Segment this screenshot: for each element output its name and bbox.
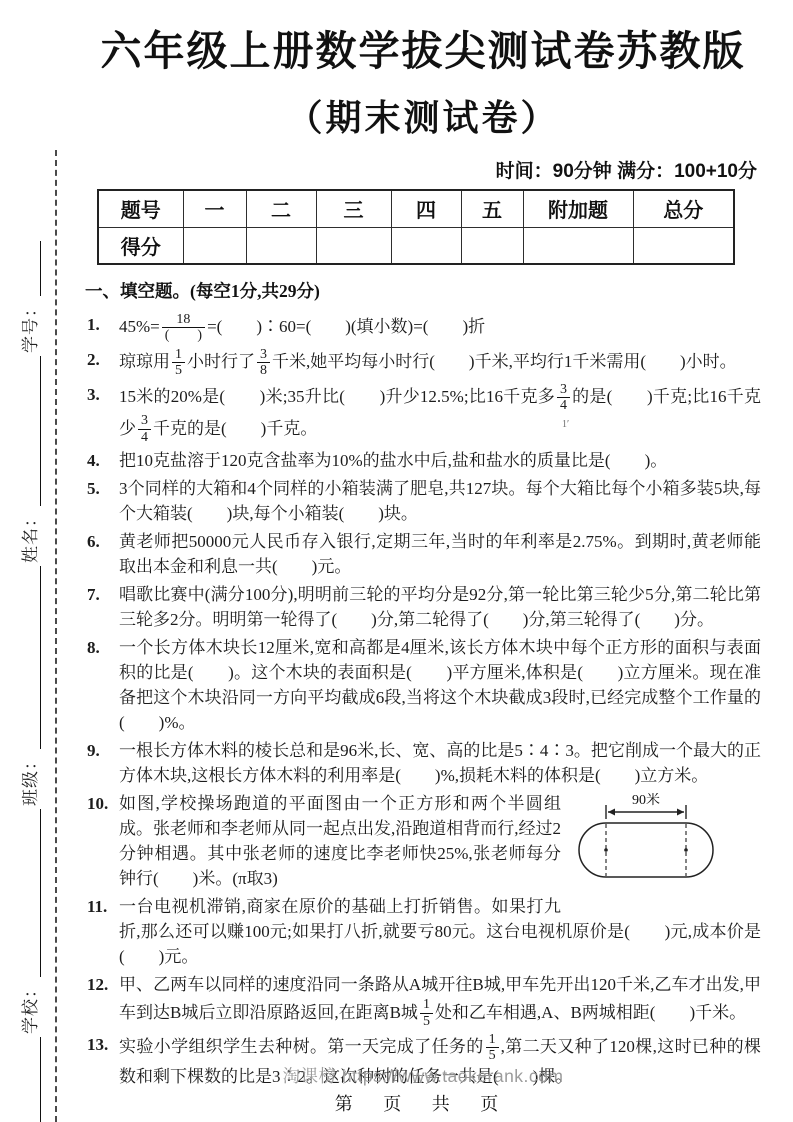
question-number: 2. bbox=[87, 347, 117, 372]
question-number: 3. bbox=[87, 382, 117, 407]
question-text: 15米的20%是( )米;35升比( )升少12.5%;比16千克多34的是( … bbox=[119, 387, 761, 438]
fill-blank bbox=[17, 356, 41, 506]
question-text: 甲、乙两车以同样的速度沿同一条路从A城开往B城,甲车先开出120千米,乙车才出发… bbox=[119, 975, 761, 1021]
question-number: 10. bbox=[87, 791, 117, 816]
question-11: 11. 一台电视机滞销,商家在原价的基础上打折销售。如果打九折,那么还可以赚10… bbox=[85, 894, 761, 969]
score-table-cell: 题号 bbox=[98, 190, 183, 227]
paper-subtitle: （期末测试卷） bbox=[85, 90, 761, 141]
paper-main: 六年级上册数学拔尖测试卷苏教版 （期末测试卷） 时间：90分钟 满分：100+1… bbox=[85, 18, 761, 1092]
question-2: 2. 琼琼用15小时行了38千米,她平均每小时行( )千米,平均行1千米需用( … bbox=[85, 347, 761, 379]
fraction: 34 bbox=[557, 382, 570, 414]
question-text: 一台电视机滞销,商家在原价的基础上打折销售。如果打九折,那么还可以赚100元;如… bbox=[119, 897, 761, 966]
fill-blank bbox=[17, 241, 41, 296]
question-3: 3. 15米的20%是( )米;35升比( )升少12.5%;比16千克多34的… bbox=[85, 382, 761, 446]
question-5: 5. 3个同样的大箱和4个同样的小箱装满了肥皂,共127块。每个大箱比每个小箱多… bbox=[85, 476, 761, 526]
test-paper-page: { "colors": { "paper": "#ffffff", "ink":… bbox=[0, 0, 793, 1122]
sidebar-label-class: 班级： bbox=[16, 752, 41, 806]
score-table-cell: 四 bbox=[391, 190, 461, 227]
stray-mark: 1′ bbox=[562, 419, 569, 430]
score-cell-empty bbox=[461, 227, 523, 264]
question-text: 一个长方体木块长12厘米,宽和高都是4厘米,该长方体木块中每个正方形的面积与表面… bbox=[119, 638, 761, 732]
fill-blank bbox=[17, 566, 41, 749]
page-number-line: 第 页 共 页 bbox=[85, 1090, 761, 1116]
sidebar-label-name: 姓名： bbox=[16, 509, 41, 563]
score-table: 题号 一 二 三 四 五 附加题 总分 得分 bbox=[97, 189, 735, 265]
score-table-cell: 一 bbox=[183, 190, 246, 227]
score-cell-empty bbox=[391, 227, 461, 264]
question-number: 7. bbox=[87, 582, 117, 607]
question-9: 9. 一根长方体木料的棱长总和是96米,长、宽、高的比是5∶4∶3。把它削成一个… bbox=[85, 738, 761, 788]
question-number: 9. bbox=[87, 738, 117, 763]
score-table-header-row: 题号 一 二 三 四 五 附加题 总分 bbox=[98, 190, 734, 227]
score-cell-empty bbox=[183, 227, 246, 264]
question-1: 1. 45%=18( )=( )∶60=( )(填小数)=( )折 bbox=[85, 312, 761, 344]
fraction: 15 bbox=[172, 347, 185, 379]
page-footer: 淘课榜 https://www.taokerank.com 第 页 共 页 bbox=[85, 1063, 761, 1116]
question-text: 3个同样的大箱和4个同样的小箱装满了肥皂,共127块。每个大箱比每个小箱多装5块… bbox=[119, 479, 761, 523]
score-table-cell: 附加题 bbox=[523, 190, 633, 227]
fraction: 15 bbox=[486, 1032, 499, 1064]
question-7: 7. 唱歌比赛中(满分100分),明明前三轮的平均分是92分,第一轮比第三轮少5… bbox=[85, 582, 761, 632]
question-number: 4. bbox=[87, 448, 117, 473]
question-8: 8. 一个长方体木块长12厘米,宽和高都是4厘米,该长方体木块中每个正方形的面积… bbox=[85, 635, 761, 735]
question-text: 一根长方体木料的棱长总和是96米,长、宽、高的比是5∶4∶3。把它削成一个最大的… bbox=[119, 741, 761, 785]
question-4: 4. 把10克盐溶于120克含盐率为10%的盐水中后,盐和盐水的质量比是( )。 bbox=[85, 448, 761, 473]
paper-title: 六年级上册数学拔尖测试卷苏教版 bbox=[85, 18, 761, 77]
score-table-cell: 三 bbox=[316, 190, 391, 227]
fraction: 18( ) bbox=[162, 312, 205, 344]
question-number: 11. bbox=[87, 894, 117, 919]
question-6: 6. 黄老师把50000元人民币存入银行,定期三年,当时的年利率是2.75%。到… bbox=[85, 529, 761, 579]
section-title: 一、填空题。(每空1分,共29分) bbox=[85, 278, 761, 303]
question-10: 10. 如图,学校操场跑道的平面图由一个正方形和两个半圆组成。张老师和李老师从同… bbox=[85, 791, 761, 891]
score-table-score-row: 得分 bbox=[98, 227, 734, 264]
score-row-label: 得分 bbox=[98, 227, 183, 264]
question-text: 45%=18( )=( )∶60=( )(填小数)=( )折 bbox=[119, 317, 485, 336]
question-number: 12. bbox=[87, 972, 117, 997]
question-text: 如图,学校操场跑道的平面图由一个正方形和两个半圆组成。张老师和李老师从同一起点出… bbox=[119, 794, 561, 888]
score-table-cell: 总分 bbox=[633, 190, 734, 227]
score-cell-empty bbox=[523, 227, 633, 264]
question-text: 黄老师把50000元人民币存入银行,定期三年,当时的年利率是2.75%。到期时,… bbox=[119, 532, 761, 576]
sidebar-label-student-id: 学号： bbox=[16, 299, 41, 353]
question-number: 13. bbox=[87, 1032, 117, 1057]
question-text: 把10克盐溶于120克含盐率为10%的盐水中后,盐和盐水的质量比是( )。 bbox=[119, 451, 667, 470]
fill-blank bbox=[17, 1037, 41, 1122]
question-text: 琼琼用15小时行了38千米,她平均每小时行( )千米,平均行1千米需用( )小时… bbox=[119, 352, 737, 371]
question-number: 5. bbox=[87, 476, 117, 501]
question-number: 8. bbox=[87, 635, 117, 660]
question-number: 6. bbox=[87, 529, 117, 554]
score-cell-empty bbox=[316, 227, 391, 264]
question-number: 1. bbox=[87, 312, 117, 337]
fraction: 38 bbox=[257, 347, 270, 379]
binding-strip: 学校： 班级： 姓名： 学号： bbox=[0, 150, 57, 1122]
score-cell-empty bbox=[633, 227, 734, 264]
fill-blank bbox=[17, 809, 41, 977]
fraction: 34 bbox=[138, 413, 151, 445]
score-table-cell: 五 bbox=[461, 190, 523, 227]
question-12: 12. 甲、乙两车以同样的速度沿同一条路从A城开往B城,甲车先开出120千米,乙… bbox=[85, 972, 761, 1029]
questions-list: 1. 45%=18( )=( )∶60=( )(填小数)=( )折 2. 琼琼用… bbox=[85, 312, 761, 1089]
time-score-meta: 时间：90分钟 满分：100+10分 bbox=[85, 156, 761, 183]
score-table-cell: 二 bbox=[246, 190, 316, 227]
binding-dashed-line bbox=[55, 150, 57, 1122]
fraction: 15 bbox=[420, 997, 433, 1029]
question-text: 唱歌比赛中(满分100分),明明前三轮的平均分是92分,第一轮比第三轮少5分,第… bbox=[119, 585, 761, 629]
student-info-strip: 学校： 班级： 姓名： 学号： bbox=[0, 150, 57, 1122]
sidebar-label-school: 学校： bbox=[16, 980, 41, 1034]
score-cell-empty bbox=[246, 227, 316, 264]
watermark-text: 淘课榜 https://www.taokerank.com bbox=[85, 1063, 761, 1088]
